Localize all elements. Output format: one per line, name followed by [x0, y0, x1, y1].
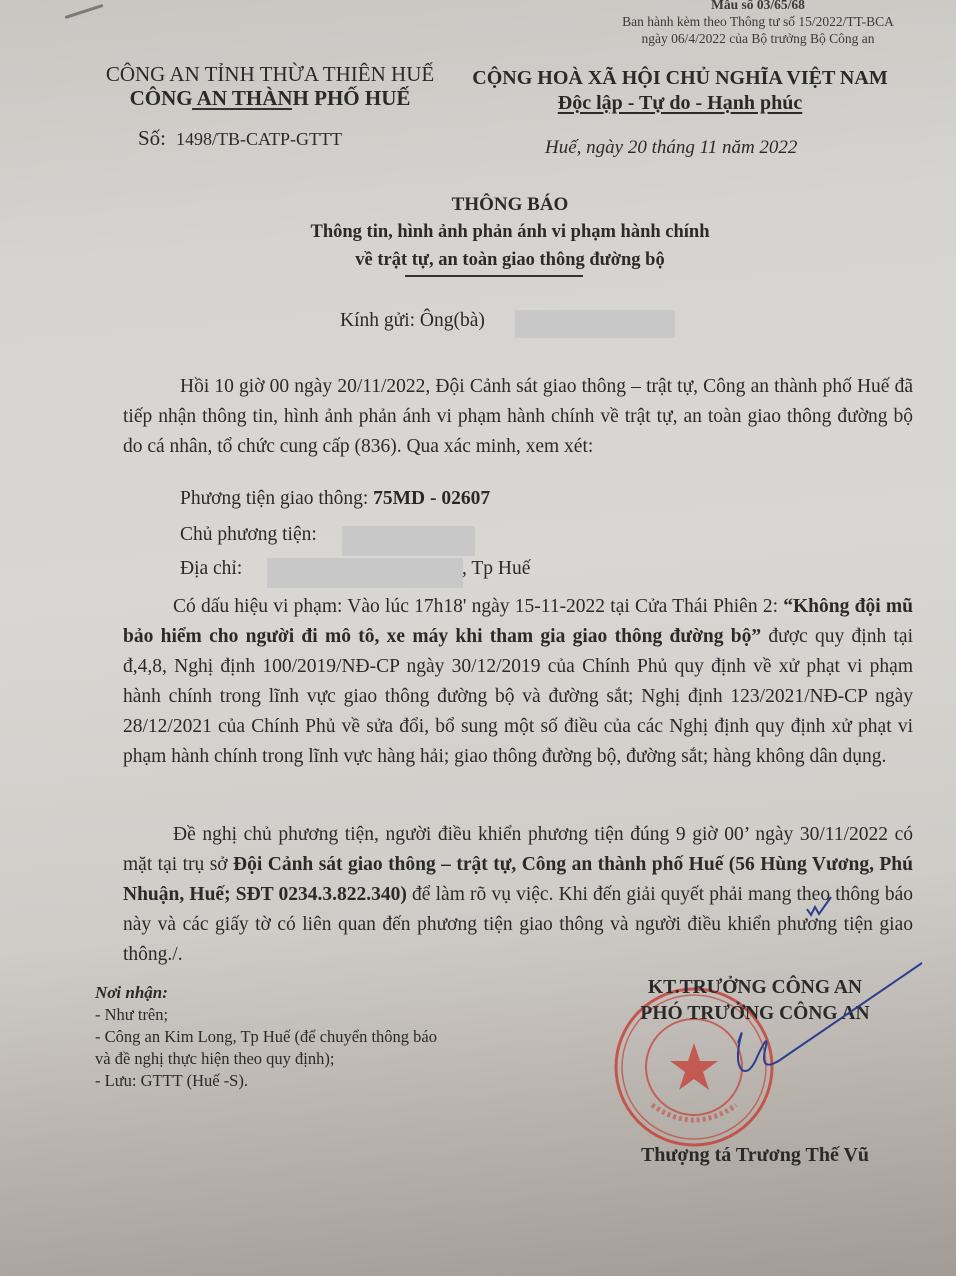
intro-paragraph: Hồi 10 giờ 00 ngày 20/11/2022, Đội Cảnh …: [123, 372, 913, 462]
address-row: Địa chỉ:: [180, 558, 242, 580]
title-underline: [405, 275, 583, 277]
agency-underline: [192, 108, 292, 110]
greeting: Kính gửi: Ông(bà): [340, 310, 485, 332]
form-issued-by: ngày 06/4/2022 của Bộ trưởng Bộ Công an: [560, 30, 956, 47]
greeting-label: Kính gửi: Ông(bà): [340, 310, 485, 331]
parent-agency: CÔNG AN TỈNH THỪA THIÊN HUẾ: [70, 62, 470, 86]
pen-mark: [65, 4, 104, 19]
form-number: Mẫu số 03/65/68: [560, 0, 956, 13]
owner-row: Chủ phương tiện:: [180, 524, 317, 546]
redacted-address: [267, 558, 463, 588]
signature-line-2: PHÓ TRƯỞNG CÔNG AN: [590, 1001, 920, 1027]
title-subtitle-2: về trật tự, an toàn giao thông đường bộ: [250, 246, 770, 274]
vehicle-plate: 75MD - 02607: [373, 488, 490, 509]
national-header: CỘNG HOÀ XÃ HỘI CHỦ NGHĨA VIỆT NAM Độc l…: [450, 66, 910, 116]
document-number-label: Số:: [138, 126, 166, 150]
vehicle-plate-row: Phương tiện giao thông: 75MD - 02607: [180, 488, 490, 510]
recipient-item: - Lưu: GTTT (Huế -S).: [95, 1070, 437, 1092]
signature-line-1: KT.TRƯỞNG CÔNG AN: [590, 975, 920, 1001]
recipient-item: - Công an Kim Long, Tp Huế (để chuyển th…: [95, 1026, 437, 1048]
issuing-agency-header: CÔNG AN TỈNH THỪA THIÊN HUẾ CÔNG AN THÀN…: [70, 62, 470, 110]
national-motto: Độc lập - Tự do - Hạnh phúc: [450, 90, 910, 116]
form-reference: Mẫu số 03/65/68 Ban hành kèm theo Thông …: [560, 0, 956, 47]
recipients-heading: Nơi nhận:: [95, 982, 437, 1004]
violation-legal-basis: được quy định tại đ,4,8, Nghị định 100/2…: [123, 626, 913, 767]
recipient-item: và đề nghị thực hiện theo quy định);: [95, 1048, 437, 1070]
title-subtitle-1: Thông tin, hình ảnh phản ánh vi phạm hàn…: [250, 218, 770, 246]
owner-label: Chủ phương tiện:: [180, 524, 317, 545]
recipient-item: - Như trên;: [95, 1004, 437, 1026]
issuing-agency: CÔNG AN THÀNH PHỐ HUẾ: [70, 86, 470, 110]
title-main: THÔNG BÁO: [250, 192, 770, 218]
violation-paragraph: Có dấu hiệu vi phạm: Vào lúc 17h18' ngày…: [123, 592, 913, 772]
signature-title: KT.TRƯỞNG CÔNG AN PHÓ TRƯỞNG CÔNG AN: [590, 975, 920, 1027]
redacted-recipient-name: [515, 310, 675, 338]
violation-lead: Có dấu hiệu vi phạm: Vào lúc 17h18' ngày…: [173, 596, 783, 617]
form-issued-with: Ban hành kèm theo Thông tư số 15/2022/TT…: [560, 13, 956, 30]
redacted-owner-name: [342, 526, 475, 556]
vehicle-label: Phương tiện giao thông:: [180, 488, 368, 509]
document-title: THÔNG BÁO Thông tin, hình ảnh phản ánh v…: [250, 192, 770, 274]
address-suffix: , Tp Huế: [462, 558, 530, 580]
place-date: Huế, ngày 20 tháng 11 năm 2022: [545, 137, 797, 159]
request-paragraph: Đề nghị chủ phương tiện, người điều khiể…: [123, 820, 913, 970]
signer-name: Thượng tá Trương Thế Vũ: [590, 1144, 920, 1167]
document-number-value: 1498/TB-CATP-GTTT: [176, 129, 342, 149]
document-number: Số:1498/TB-CATP-GTTT: [138, 126, 342, 151]
address-label: Địa chỉ:: [180, 558, 242, 579]
recipients-list: Nơi nhận: - Như trên; - Công an Kim Long…: [95, 982, 437, 1092]
country-name: CỘNG HOÀ XÃ HỘI CHỦ NGHĨA VIỆT NAM: [450, 66, 910, 90]
